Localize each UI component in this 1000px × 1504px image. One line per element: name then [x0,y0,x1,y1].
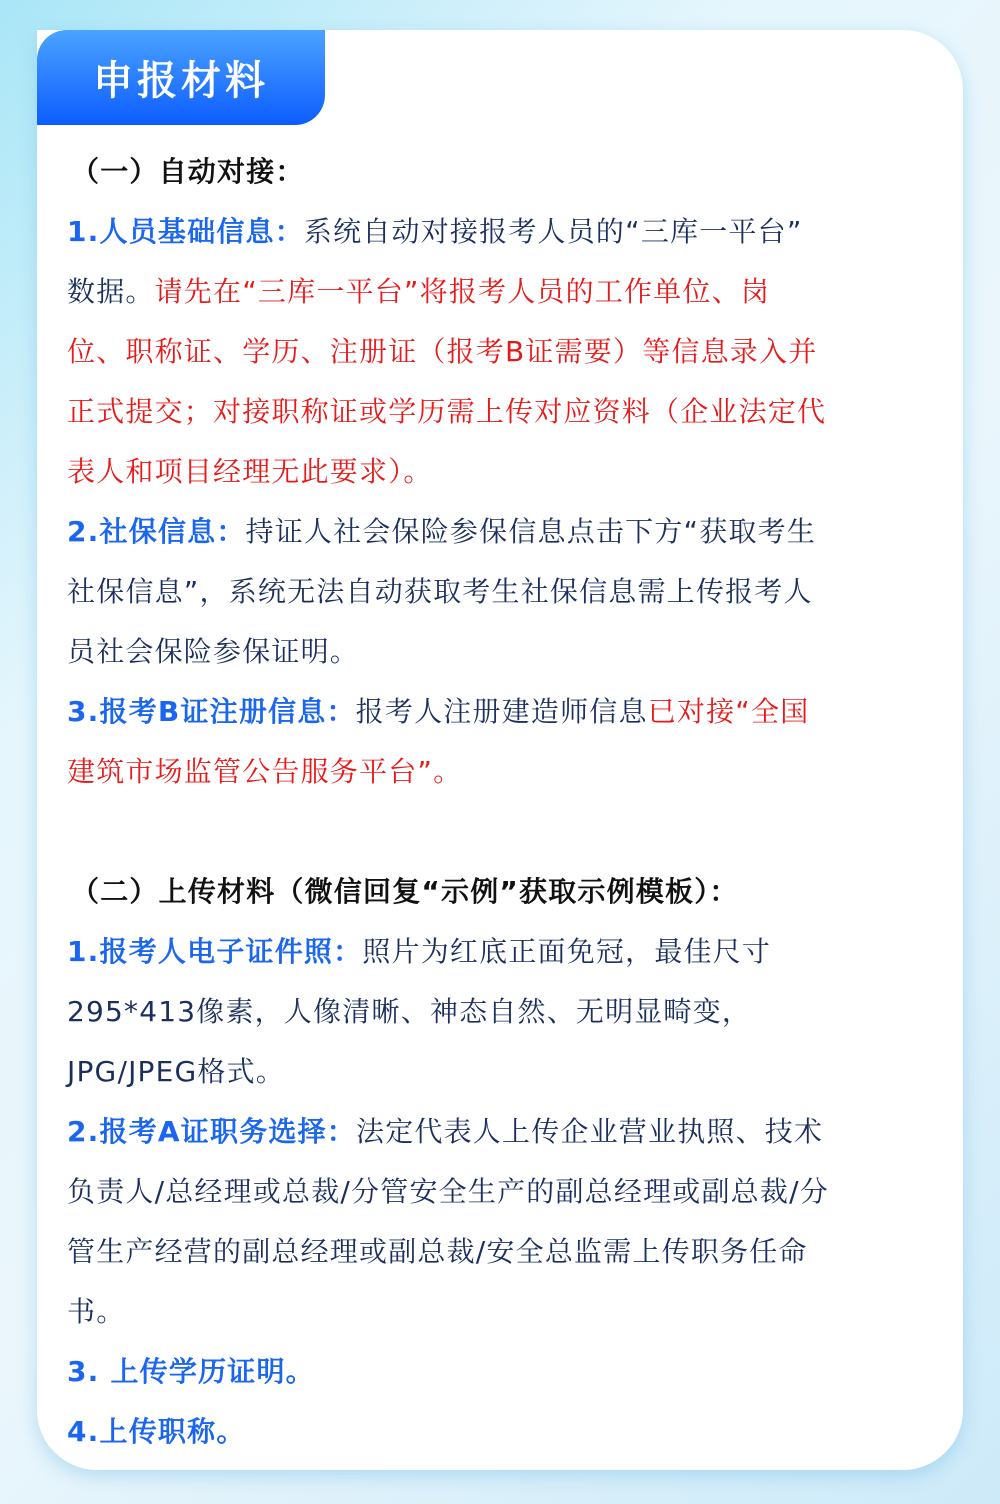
item-a-cert-position: 2.报考A证职务选择：法定代表人上传企业营业执照、技术 负责人/总经理或总裁/分… [67,1102,937,1342]
item-label: 3. 上传学历证明。 [67,1355,315,1388]
section-spacer [67,802,937,862]
item-professional-title: 4.上传职称。 [67,1402,937,1462]
item-warning-text: 正式提交；对接职称证或学历需上传对应资料（企业法定代 [67,395,826,428]
item-label: 3.报考B证注册信息： [67,695,356,728]
section-heading-upload: （二）上传材料（微信回复“示例”获取示例模板）： [67,862,937,922]
item-warning-text: 表人和项目经理无此要求）。 [67,455,433,488]
item-text: 照片为红底正面免冠，最佳尺寸 [362,935,771,968]
section-heading-auto-connect: （一）自动对接： [67,142,937,202]
materials-card: 申报材料 （一）自动对接： 1.人员基础信息：系统自动对接报考人员的“三库一平台… [37,30,963,1470]
item-id-photo: 1.报考人电子证件照：照片为红底正面免冠，最佳尺寸 295*413像素，人像清晰… [67,922,937,1102]
item-text: 书。 [67,1295,125,1328]
item-warning-text: 位、职称证、学历、注册证（报考B证需要）等信息录入并 [67,335,817,368]
item-label: 2.社保信息： [67,515,246,548]
item-text: 数据。 [67,275,155,308]
item-text: 员社会保险参保证明。 [67,635,359,668]
item-text: 管生产经营的副总经理或副总裁/安全总监需上传职务任命 [67,1235,808,1268]
item-text: 295*413像素，人像清晰、神态自然、无明显畸变， [67,995,751,1028]
item-label: 4.上传职称。 [67,1415,246,1448]
item-label: 1.人员基础信息： [67,215,304,248]
page-title: 申报材料 [93,49,269,106]
item-warning-text: 请先在“三库一平台”将报考人员的工作单位、岗 [155,275,770,308]
item-social-security: 2.社保信息：持证人社会保险参保信息点击下方“获取考生 社保信息”，系统无法自动… [67,502,937,682]
item-text: 系统自动对接报考人员的“三库一平台” [304,215,803,248]
title-tab: 申报材料 [37,30,325,125]
item-text: 社保信息”，系统无法自动获取考生社保信息需上传报考人 [67,575,813,608]
item-label: 2.报考A证职务选择： [67,1115,356,1148]
item-text: JPG/JPEG格式。 [67,1055,285,1088]
item-text: 报考人注册建造师信息 [356,695,648,728]
item-text: 法定代表人上传企业营业执照、技术 [356,1115,823,1148]
item-warning-text: 建筑市场监管公告服务平台”。 [67,755,462,788]
item-warning-text: 已对接“全国 [648,695,810,728]
item-personnel-info: 1.人员基础信息：系统自动对接报考人员的“三库一平台” 数据。请先在“三库一平台… [67,202,937,502]
item-text: 负责人/总经理或总裁/分管安全生产的副总经理或副总裁/分 [67,1175,829,1208]
item-b-cert-registration: 3.报考B证注册信息：报考人注册建造师信息已对接“全国 建筑市场监管公告服务平台… [67,682,937,802]
item-label: 1.报考人电子证件照： [67,935,362,968]
content-body: （一）自动对接： 1.人员基础信息：系统自动对接报考人员的“三库一平台” 数据。… [67,142,937,1462]
item-text: 持证人社会保险参保信息点击下方“获取考生 [246,515,817,548]
item-education-proof: 3. 上传学历证明。 [67,1342,937,1402]
